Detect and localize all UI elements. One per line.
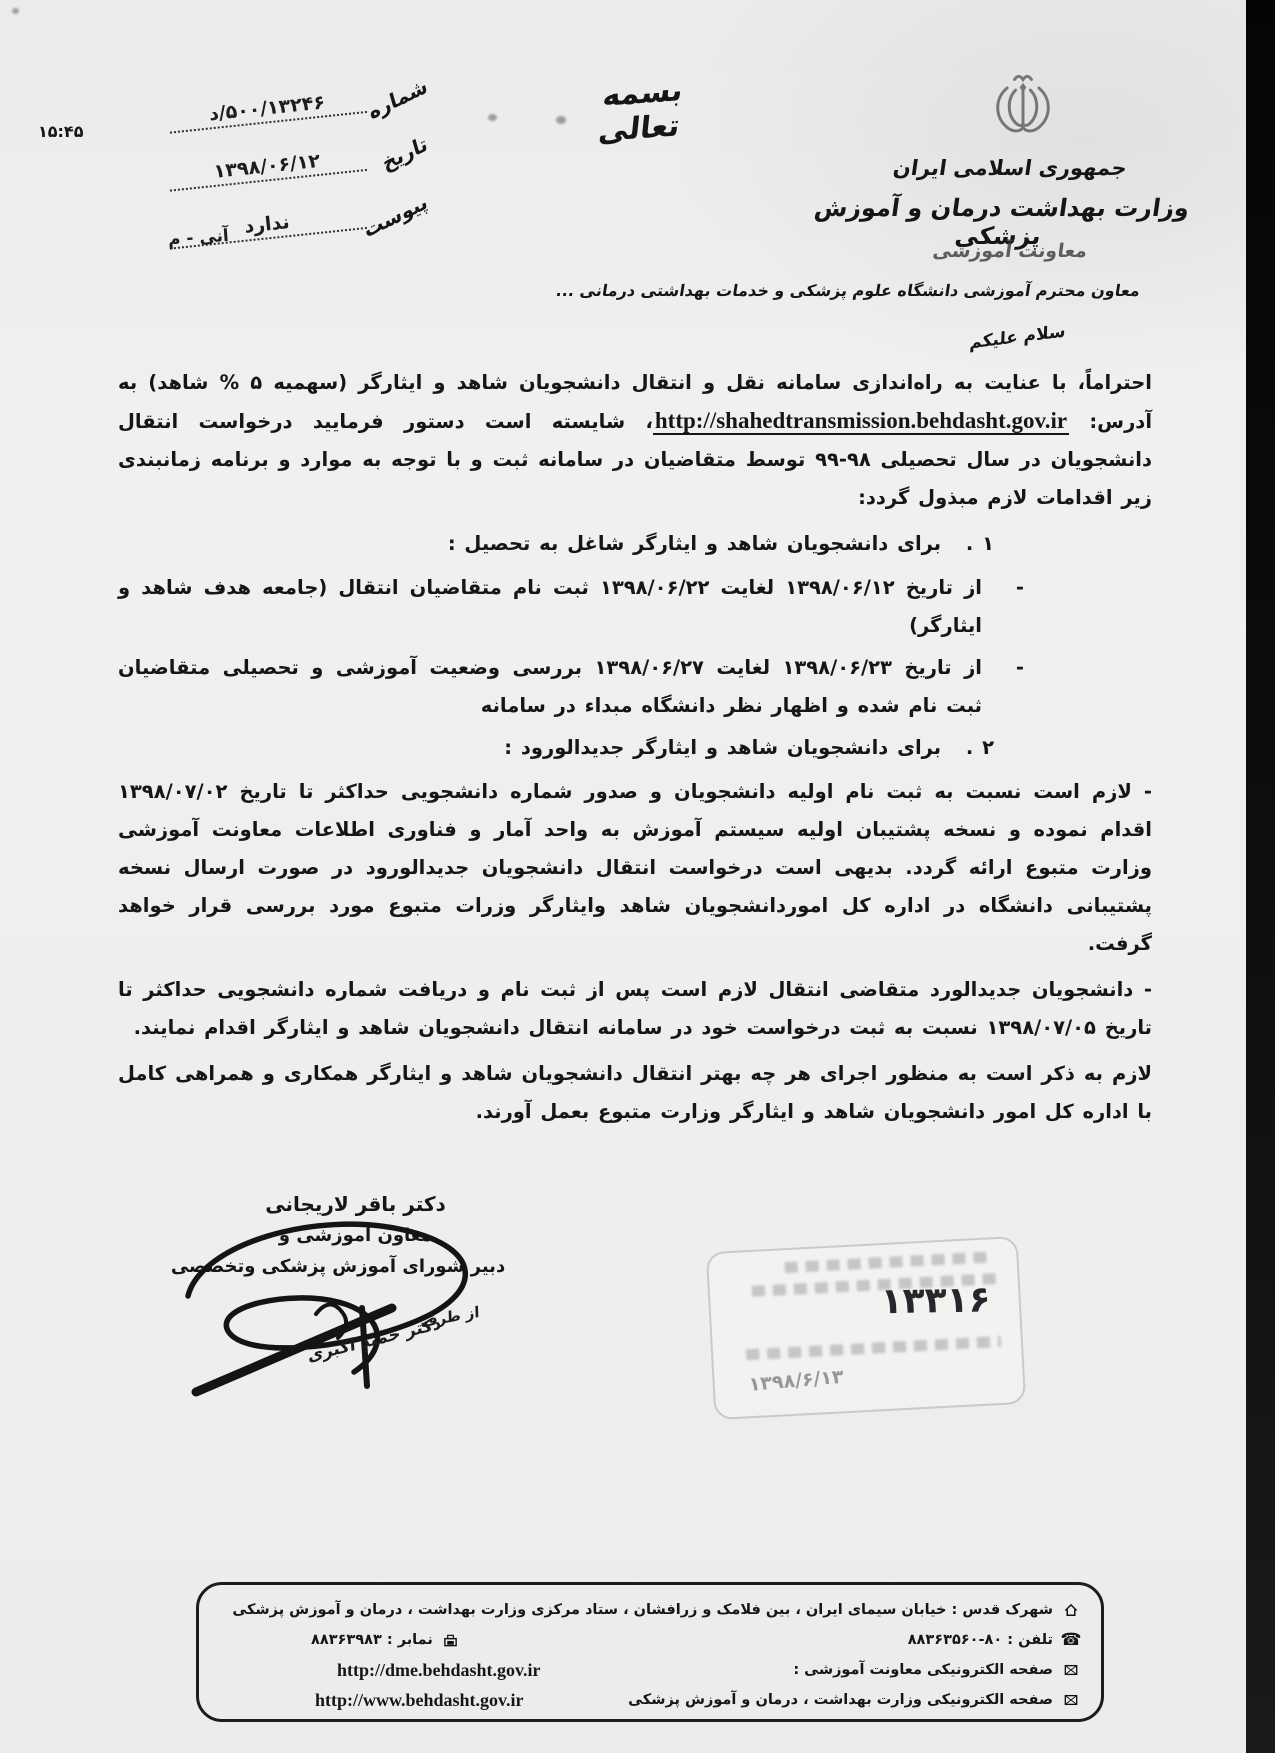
footer-phone-fax-row: ☎ تلفن : ۸۸۳۶۳۵۶۰-۸۰ نمابر : ۸۸۳۶۳۹۸۳	[219, 1625, 1081, 1655]
section2-heading: ۲ . برای دانشجویان شاهد و ایثارگر جدیدال…	[118, 729, 1152, 767]
scan-edge-strip	[1246, 0, 1275, 1753]
number-label: شماره	[371, 73, 430, 122]
section2-number: ۲ .	[966, 736, 994, 759]
scan-speck	[12, 8, 19, 14]
section1-number: ۱ .	[966, 532, 994, 555]
envelope-icon	[1061, 1692, 1081, 1708]
letter-body: احتراماً، با عنایت به راه‌اندازی سامانه …	[118, 364, 1152, 1139]
closing-paragraph: لازم به ذکر است به منظور اجرای هر چه بهت…	[118, 1055, 1152, 1131]
stamp-registration-number: ۱۳۳۱۶	[880, 1279, 991, 1322]
stamp-date: ۱۳۹۸/۶/۱۳	[748, 1366, 845, 1396]
intro-paragraph: احتراماً، با عنایت به راه‌اندازی سامانه …	[118, 364, 1152, 517]
list-item: - از تاریخ ۱۳۹۸/۰۶/۱۲ لغایت ۱۳۹۸/۰۶/۲۲ ث…	[118, 569, 1152, 645]
list-item-dash: -	[982, 569, 1024, 645]
phone-label: تلفن :	[1007, 1632, 1053, 1648]
phone-group: ☎ تلفن : ۸۸۳۶۳۵۶۰-۸۰	[908, 1632, 1081, 1648]
date-label: تاریخ	[371, 131, 430, 180]
field-row-number: شماره د/۵۰۰/۱۳۲۴۶	[167, 80, 430, 133]
edu-page-group: صفحه الکترونیکی معاونت آموزشی :	[793, 1662, 1081, 1678]
bismillah-heading: بسمه تعالی	[552, 70, 729, 153]
iran-emblem-icon	[975, 70, 1071, 142]
urgency-note: آنی - م	[167, 226, 229, 250]
fax-icon	[441, 1632, 461, 1648]
letterhead-deputy: معاونت آموزشی	[893, 240, 1126, 262]
handwritten-signature-icon	[166, 1196, 506, 1406]
list-item-text: از تاریخ ۱۳۹۸/۰۶/۲۳ لغایت ۱۳۹۸/۰۶/۲۷ برر…	[118, 649, 982, 725]
section2-paragraph: - دانشجویان جدیدالورد متقاضی انتقال لازم…	[118, 971, 1152, 1047]
letterhead-country: جمهوری اسلامی ایران	[858, 156, 1161, 180]
fax-label: نمابر :	[387, 1632, 433, 1648]
portal-url: http://shahedtransmission.behdasht.gov.i…	[653, 408, 1069, 435]
phone-icon: ☎	[1061, 1632, 1081, 1648]
section1-title: برای دانشجویان شاهد و ایثارگر شاغل به تح…	[448, 532, 941, 555]
edu-page-url: http://dme.behdasht.gov.ir	[337, 1660, 541, 1681]
salutation: سلام علیکم	[926, 321, 1066, 358]
attachment-label: پیوست	[371, 189, 430, 238]
house-icon	[1061, 1602, 1081, 1618]
list-item-text: از تاریخ ۱۳۹۸/۰۶/۱۲ لغایت ۱۳۹۸/۰۶/۲۲ ثبت…	[118, 569, 982, 645]
footer-address-row: شهرک قدس : خیابان سیمای ایران ، بین فلام…	[219, 1595, 1081, 1625]
fax-timestamp: ۱۵:۴۵	[38, 122, 83, 141]
addressee-line: معاون محترم آموزشی دانشگاه علوم پزشکی و …	[538, 281, 1141, 300]
scanned-letter-page: جمهوری اسلامی ایران وزارت بهداشت درمان و…	[0, 0, 1275, 1753]
footer-contact-box: شهرک قدس : خیابان سیمای ایران ، بین فلام…	[196, 1582, 1104, 1722]
envelope-icon	[1061, 1662, 1081, 1678]
ministry-page-label: صفحه الکترونیکی وزارت بهداشت ، درمان و آ…	[628, 1692, 1053, 1708]
fax-value: ۸۸۳۶۳۹۸۳	[311, 1632, 382, 1648]
list-item-dash: -	[982, 649, 1024, 725]
number-value: د/۵۰۰/۱۳۲۴۶	[208, 91, 326, 125]
edu-page-label: صفحه الکترونیکی معاونت آموزشی :	[793, 1662, 1053, 1678]
ministry-page-group: صفحه الکترونیکی وزارت بهداشت ، درمان و آ…	[628, 1692, 1081, 1708]
section1-heading: ۱ . برای دانشجویان شاهد و ایثارگر شاغل ب…	[118, 525, 1152, 563]
registration-stamp: ۱۳۳۱۶ ۱۳۹۸/۶/۱۳	[706, 1236, 1026, 1420]
stamp-faded-text	[746, 1336, 1001, 1360]
scan-speck	[488, 114, 497, 121]
date-value: ۱۳۹۸/۰۶/۱۲	[167, 145, 367, 192]
section2-title: برای دانشجویان شاهد و ایثارگر جدیدالورود…	[504, 736, 941, 759]
footer-edu-page-row: صفحه الکترونیکی معاونت آموزشی : http://d…	[219, 1655, 1081, 1685]
signature-block: دکتر باقر لاریجانی معاون آموزشی و دبیر ش…	[158, 1192, 548, 1432]
footer-address: شهرک قدس : خیابان سیمای ایران ، بین فلام…	[232, 1602, 1053, 1618]
phone-value: ۸۸۳۶۳۵۶۰-۸۰	[908, 1632, 1003, 1648]
field-row-date: تاریخ ۱۳۹۸/۰۶/۱۲	[167, 138, 430, 191]
stamp-faded-text	[784, 1251, 994, 1273]
fax-group: نمابر : ۸۸۳۶۳۹۸۳	[311, 1632, 461, 1648]
list-item: - از تاریخ ۱۳۹۸/۰۶/۲۳ لغایت ۱۳۹۸/۰۶/۲۷ ب…	[118, 649, 1152, 725]
ministry-page-url: http://www.behdasht.gov.ir	[315, 1690, 524, 1711]
footer-ministry-page-row: صفحه الکترونیکی وزارت بهداشت ، درمان و آ…	[219, 1685, 1081, 1715]
section2-paragraph: - لازم است نسبت به ثبت نام اولیه دانشجوی…	[118, 773, 1152, 963]
